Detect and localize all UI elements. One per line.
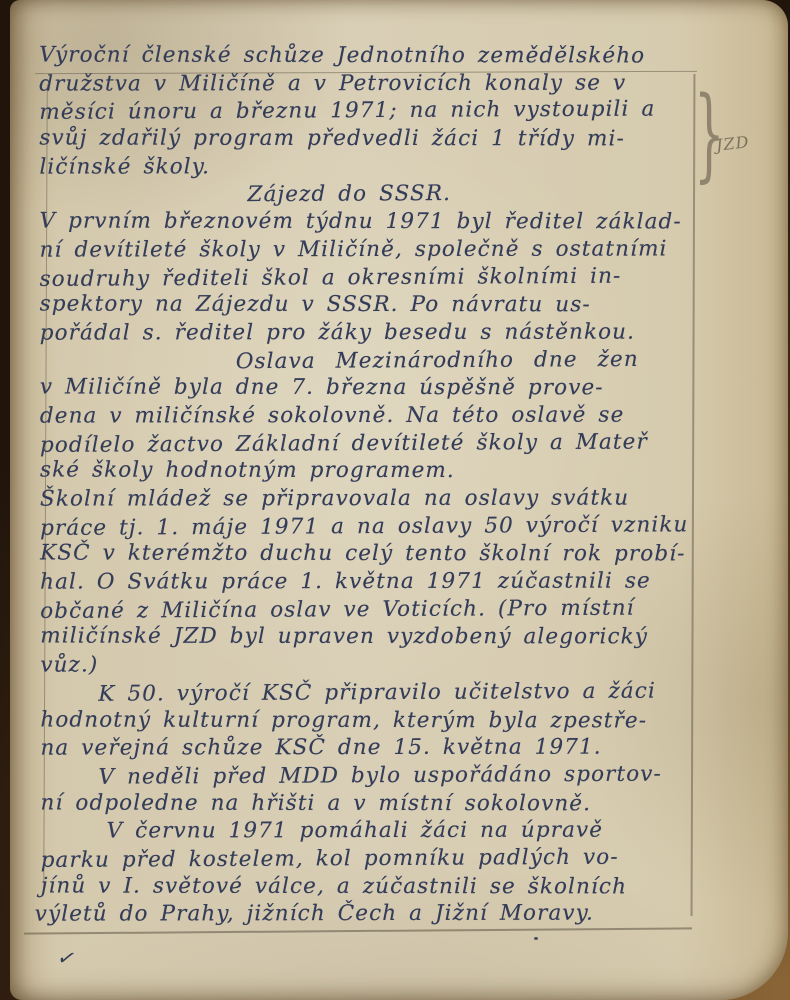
text-line: soudruhy řediteli škol a okresními školn… [40, 262, 730, 294]
page-text: Výroční členské schůze Jednotního zemědě… [39, 41, 731, 928]
text-line: družstva v Miličíně a v Petrovicích kona… [39, 69, 729, 98]
text-line: měsíci únoru a březnu 1971; na nich vyst… [39, 95, 729, 127]
text-line: KSČ v kterémžto duchu celý tento školní … [40, 540, 730, 569]
text-line: hal. O Svátku práce 1. května 1971 zúčas… [40, 567, 730, 596]
text-line: dena v miličínské sokolovně. Na této osl… [40, 401, 730, 430]
title-line: Výroční členské schůze Jednotního zemědě… [39, 42, 729, 71]
text-line: v Miličíně byla dne 7. března úspěšně pr… [40, 374, 730, 403]
text-line: V prvním březnovém týdnu 1971 byl ředite… [40, 208, 730, 237]
ink-dot [534, 937, 538, 940]
text-line: občané z Miličína oslav ve Voticích. (Pr… [40, 594, 730, 626]
text-line: V neděli před MDD bylo uspořádáno sporto… [98, 760, 730, 791]
text-line: ské školy hodnotným programem. [40, 457, 730, 486]
text-line: Školní mládež se připravovala na oslavy … [40, 484, 730, 513]
text-line: svůj zdařilý program předvedli žáci 1 tř… [39, 125, 729, 154]
check-mark: ✓ [54, 945, 79, 971]
text-line: práce tj. 1. máje 1971 a na oslavy 50 vý… [40, 511, 730, 543]
text-line: miličínské JZD byl upraven vyzdobený ale… [40, 623, 730, 652]
text-line: V červnu 1971 pomáhali žáci na úpravě [107, 817, 731, 846]
text-line: ličínské školy. [39, 152, 729, 181]
text-line: ní odpoledne na hřišti a v místní sokolo… [41, 789, 731, 818]
text-line: parku před kostelem, kol pomníku padlých… [41, 843, 731, 875]
text-line: pořádal s. ředitel pro žáky besedu s nás… [40, 318, 730, 347]
text-line: ní devítileté školy v Miličíně, společně… [40, 235, 730, 264]
text-line: hodnotný kulturní program, kterým byla z… [40, 706, 730, 735]
text-line: spektory na Zájezdu v SSSR. Po návratu u… [40, 291, 730, 320]
text-line: na veřejná schůze KSČ dne 15. května 197… [40, 734, 730, 763]
notebook-page: } JZD Výroční členské schůze Jednotního … [10, 0, 788, 1000]
text-line: jínů v I. světové válce, a zúčastnili se… [41, 872, 731, 901]
text-line: vůz.) [40, 651, 730, 680]
section-heading-zajezd: Zájezd do SSSR. [247, 179, 729, 209]
text-line: podílelo žactvo Základní devítileté škol… [40, 428, 730, 460]
text-line: K 50. výročí KSČ připravilo učitelstvo a… [98, 677, 730, 708]
closing-line: výletů do Prahy, jižních Čech a Jižní Mo… [35, 900, 731, 929]
section-heading-oslava: Oslava Mezinárodního dne žen [236, 345, 730, 375]
